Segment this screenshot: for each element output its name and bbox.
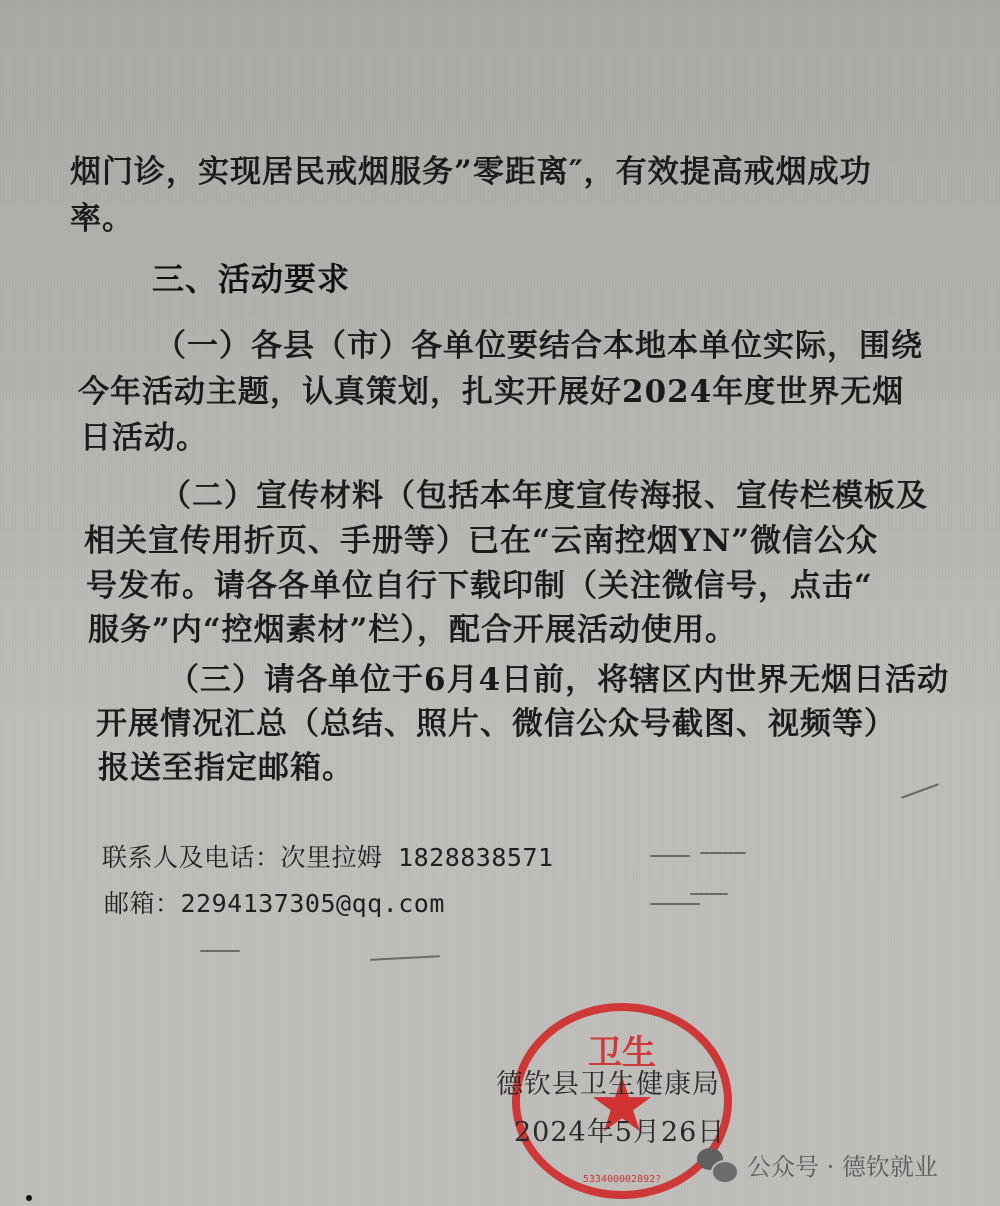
seal-code: 533400002892? [520,1174,724,1185]
scratch-mark [690,893,728,895]
scratch-mark [650,903,700,905]
wechat-watermark: 公众号 · 德钦就业 [697,1147,938,1182]
item2-line: 号发布。请各各单位自行下载印制（关注微信号，点击“ [86,560,873,605]
item2-line: （二）宣传材料（包括本年度宣传海报、宣传栏模板及 [160,470,928,515]
scratch-mark [370,955,440,961]
wechat-icon [697,1148,737,1182]
signature-organization: 德钦县卫生健康局 [496,1062,720,1101]
paragraph-line: 率。 [70,193,134,238]
scratch-mark [650,855,690,857]
item1-line: 今年活动主题，认真策划，扎实开展好2024年度世界无烟 [78,366,904,411]
section-heading: 三、活动要求 [152,254,350,300]
scratch-mark [901,783,939,799]
ink-dot [26,1195,32,1201]
item1-line: 日活动。 [80,412,208,457]
item2-line: 服务”内“控烟素材”栏），配合开展活动使用。 [88,604,737,649]
item3-line: 开展情况汇总（总结、照片、微信公众号截图、视频等） [96,698,896,743]
scratch-mark [200,950,240,952]
contact-person-phone: 联系人及电话：次里拉姆 1828838571 [102,838,554,874]
item2-line: 相关宣传用折页、手册等）已在“云南控烟YN”微信公众 [84,515,878,560]
watermark-text: 公众号 · 德钦就业 [747,1147,938,1182]
item3-line: 报送至指定邮箱。 [98,742,354,787]
contact-email: 邮箱：2294137305@qq.com [104,884,445,920]
item1-line: （一）各县（市）各单位要结合本地本单位实际，围绕 [155,320,923,365]
paragraph-line: 烟门诊，实现居民戒烟服务”零距离″，有效提高戒烟成功 [70,146,872,191]
signature-date: 2024年5月26日 [514,1110,725,1149]
scratch-mark [700,852,746,854]
item3-line: （三）请各单位于6月4日前，将辖区内世界无烟日活动 [168,654,949,699]
